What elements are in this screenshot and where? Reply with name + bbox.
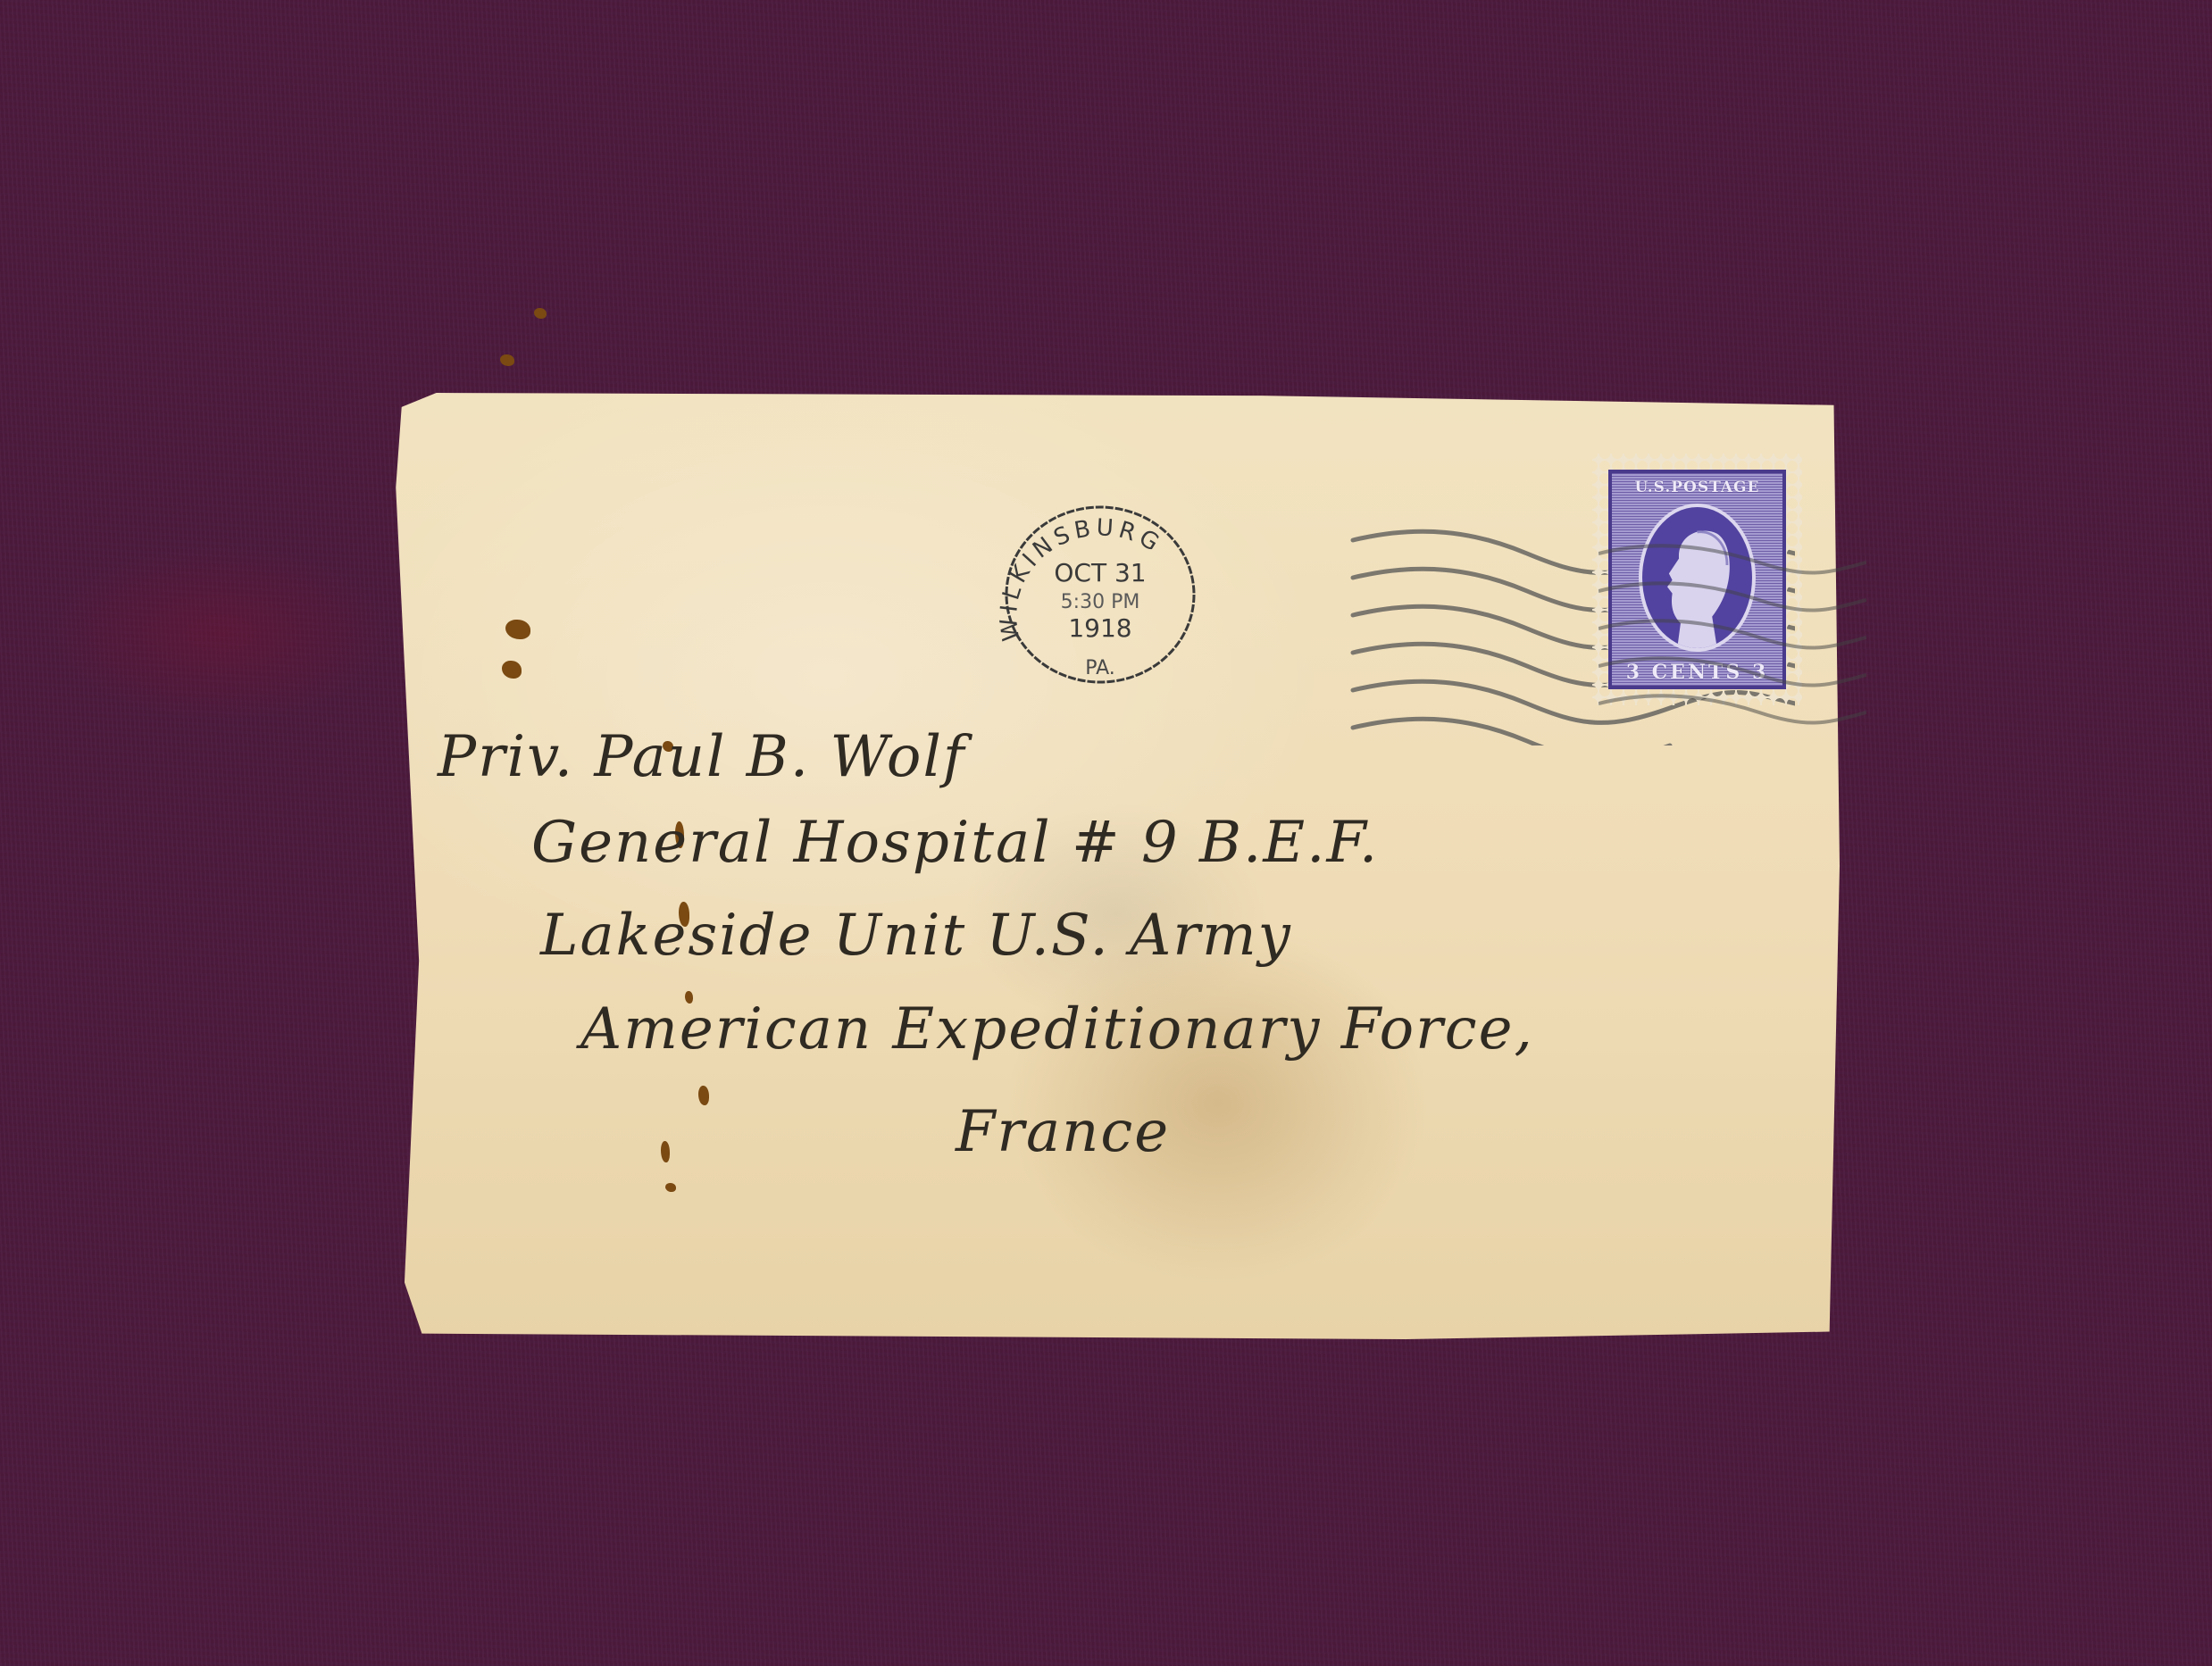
- felt-background: WILKINSBURG OCT 31 5:30 PM 1918 PA. U.S.…: [0, 0, 2212, 1666]
- address-line-name: Priv. Paul B. Wolf: [438, 714, 966, 800]
- postmark-circle: WILKINSBURG OCT 31 5:30 PM 1918 PA.: [996, 503, 1206, 690]
- postmark-date: OCT 31: [1054, 558, 1146, 587]
- stamp-top-text: U.S.POSTAGE: [1612, 479, 1782, 496]
- address-line-hospital: General Hospital # 9 B.E.F.: [531, 800, 1379, 886]
- rust-spot: [534, 308, 547, 319]
- postmark-state: PA.: [1085, 657, 1115, 679]
- rust-spot: [665, 1183, 676, 1192]
- rust-spot: [661, 1141, 670, 1162]
- rust-spot: [500, 354, 514, 366]
- stamp-cancel-lines: [1598, 536, 1866, 741]
- rust-spot: [698, 1086, 709, 1105]
- postmark-year: 1918: [1068, 613, 1131, 643]
- address-line-country: France: [956, 1089, 1170, 1175]
- rust-spot: [502, 661, 522, 679]
- address-line-unit: Lakeside Unit U.S. Army: [540, 893, 1292, 979]
- address-line-force: American Expeditionary Force,: [580, 987, 1534, 1072]
- rust-spot: [505, 620, 530, 639]
- postmark-time: 5:30 PM: [1061, 591, 1140, 613]
